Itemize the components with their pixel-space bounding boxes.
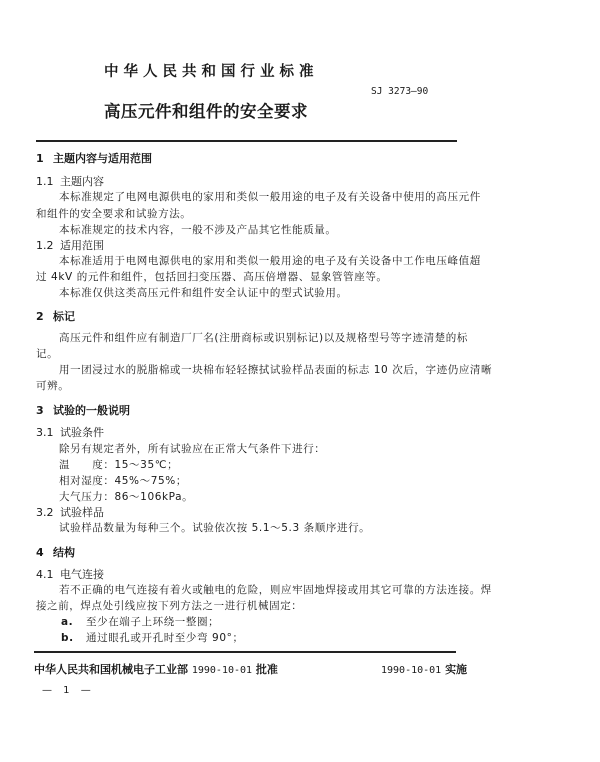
section-title: 试验的一般说明 — [53, 404, 130, 417]
standard-code: SJ 3273—90 — [371, 86, 428, 97]
paragraph-line: 若不正确的电气连接有着火或触电的危险，则应牢固地焊接或用其它可靠的方法连接。焊 — [59, 582, 492, 597]
approver: 中华人民共和国机械电子工业部 — [34, 663, 188, 676]
paragraph-line: 记。 — [36, 346, 58, 361]
section-number: 3 — [36, 404, 53, 417]
section-2-heading: 2标记 — [36, 308, 75, 324]
paragraph-line: 本标准仅供这类高压元件和组件安全认证中的型式试验用。 — [59, 285, 348, 300]
section-1-heading: 1主题内容与适用范围 — [36, 150, 152, 166]
paragraph-line: 用一团浸过水的脱脂棉或一块棉布轻轻擦拭试验样品表面的标志 10 次后，字迹仍应清… — [59, 362, 492, 377]
paragraph-line: 可辨。 — [36, 378, 69, 393]
section-title: 电气连接 — [60, 568, 104, 581]
approve-date: 1990-10-01 — [192, 665, 252, 676]
section-title: 结构 — [53, 546, 75, 559]
section-number: 1 — [36, 152, 53, 165]
list-item-text: 至少在端子上环绕一整圈； — [86, 616, 219, 628]
paragraph-line: 除另有规定者外，所有试验应在正常大气条件下进行： — [59, 441, 325, 456]
paragraph-line: 和组件的安全要求和试验方法。 — [36, 206, 191, 221]
approve-label: 批准 — [256, 663, 278, 676]
paragraph-line: 本标准规定的技术内容，一般不涉及产品其它性能质量。 — [59, 222, 337, 237]
section-4-1-heading: 4.1电气连接 — [36, 566, 104, 582]
paragraph-line: 本标准适用于电网电源供电的家用和类似一般用途的电子及有关设备中工作电压峰值超 — [59, 253, 481, 268]
standard-organization: 中华人民共和国行业标准 — [104, 60, 319, 81]
section-title: 适用范围 — [60, 239, 104, 252]
section-title: 主题内容 — [60, 175, 104, 188]
effective-info: 1990-10-01 实施 — [381, 661, 467, 677]
section-4-heading: 4结构 — [36, 544, 75, 560]
section-title: 主题内容与适用范围 — [53, 152, 152, 165]
section-3-heading: 3试验的一般说明 — [36, 402, 130, 418]
list-item: b.通过眼孔或开孔时至少弯 90°； — [61, 630, 244, 645]
condition-humidity: 相对湿度：45%～75%； — [59, 473, 187, 488]
page-number: — 1 — — [42, 685, 95, 696]
condition-temperature: 温 度：15～35℃； — [59, 457, 178, 472]
paragraph-line: 高压元件和组件应有制造厂厂名(注册商标或识别标记)以及规格型号等字迹清楚的标 — [59, 330, 468, 345]
paragraph-line: 试验样品数量为每种三个。试验依次按 5.1～5.3 条顺序进行。 — [59, 520, 370, 535]
condition-pressure: 大气压力：86～106kPa。 — [59, 489, 193, 504]
section-number: 3.2 — [36, 506, 60, 519]
document-title: 高压元件和组件的安全要求 — [104, 98, 308, 122]
paragraph-line: 接之前，焊点处引线应按下列方法之一进行机械固定： — [36, 598, 302, 613]
section-3-1-heading: 3.1试验条件 — [36, 424, 104, 440]
section-3-2-heading: 3.2试验样品 — [36, 504, 104, 520]
paragraph-line: 过 4kV 的元件和组件，包括回扫变压器、高压倍增器、显象管管座等。 — [36, 269, 388, 284]
section-number: 1.2 — [36, 239, 60, 252]
section-title: 标记 — [53, 310, 75, 323]
header-divider — [36, 140, 457, 142]
list-marker: b. — [61, 632, 86, 644]
section-number: 1.1 — [36, 175, 60, 188]
section-number: 2 — [36, 310, 53, 323]
section-number: 4 — [36, 546, 53, 559]
effective-label: 实施 — [445, 663, 467, 676]
list-item: a.至少在端子上环绕一整圈； — [61, 614, 219, 629]
list-marker: a. — [61, 616, 86, 628]
footer-divider — [34, 651, 456, 653]
section-1-1-heading: 1.1主题内容 — [36, 173, 104, 189]
section-title: 试验条件 — [60, 426, 104, 439]
section-title: 试验样品 — [60, 506, 104, 519]
section-number: 3.1 — [36, 426, 60, 439]
section-1-2-heading: 1.2适用范围 — [36, 237, 104, 253]
paragraph-line: 本标准规定了电网电源供电的家用和类似一般用途的电子及有关设备中使用的高压元件 — [59, 189, 481, 204]
list-item-text: 通过眼孔或开孔时至少弯 90°； — [86, 632, 244, 644]
approval-info: 中华人民共和国机械电子工业部 1990-10-01 批准 — [34, 661, 278, 677]
effective-date: 1990-10-01 — [381, 665, 441, 676]
section-number: 4.1 — [36, 568, 60, 581]
